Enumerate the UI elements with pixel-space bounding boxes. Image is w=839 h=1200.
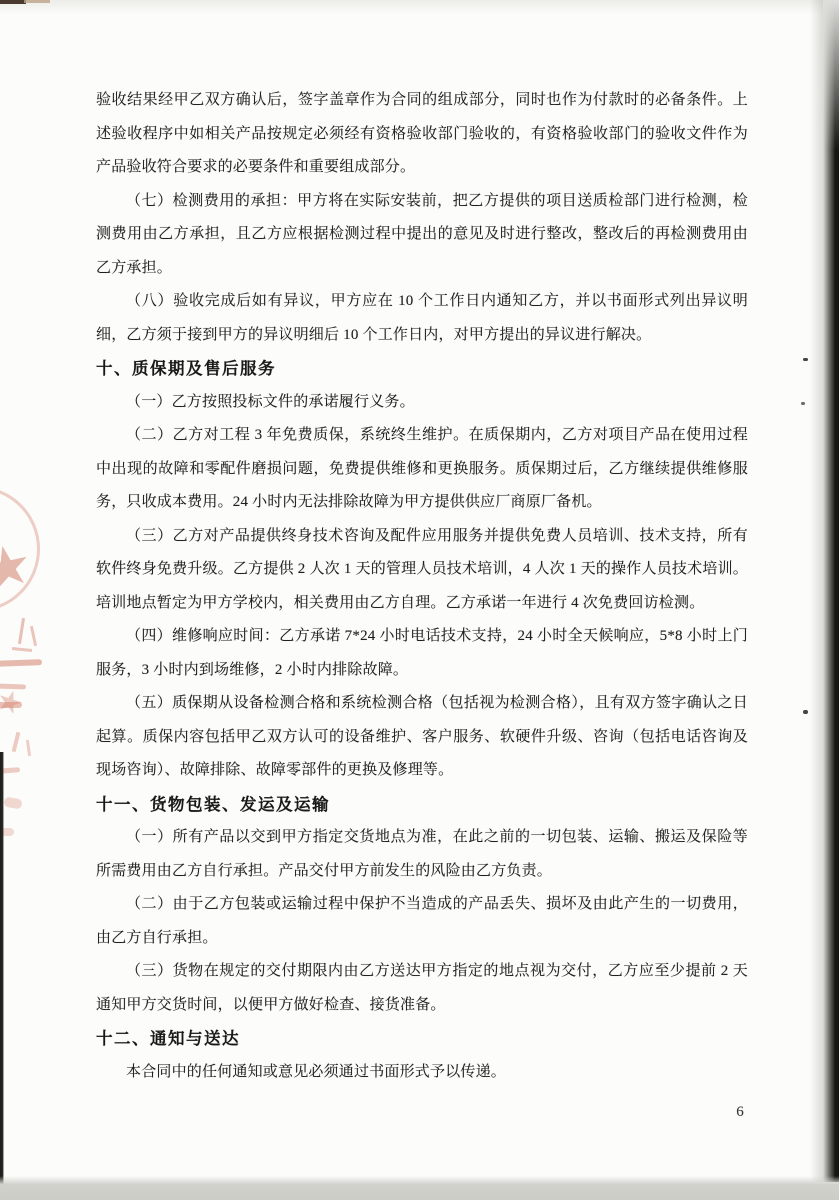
stamp-fragment: [0, 702, 22, 708]
document-body: 验收结果经甲乙双方确认后，签字盖章作为合同的组成部分，同时也作为付款时的必备条件…: [96, 84, 748, 1089]
stamp-arc-fragment: [0, 486, 40, 612]
paragraph: （一）乙方按照投标文件的承诺履行义务。: [96, 386, 748, 420]
scanned-contract-page: 验收结果经甲乙双方确认后，签字盖章作为合同的组成部分，同时也作为付款时的必备条件…: [0, 0, 839, 1200]
red-seal-stamp: ★ ★: [0, 480, 70, 880]
section-heading: 十一、货物包装、发运及运输: [96, 788, 748, 822]
stamp-fragment: [0, 659, 42, 667]
section-heading: 十、质保期及售后服务: [96, 352, 748, 386]
scan-top-shading: [0, 0, 839, 14]
stamp-fragment: [30, 626, 37, 646]
scan-corner-mark: [24, 0, 50, 3]
scan-bottom-shadow: [0, 1176, 839, 1200]
scan-speck: [803, 358, 808, 361]
paragraph: （四）维修响应时间：乙方承诺 7*24 小时电话技术支持，24 小时全天候响应，…: [96, 620, 748, 687]
paragraph: （二）由于乙方包装或运输过程中保护不当造成的产品丢失、损坏及由此产生的一切费用，…: [96, 888, 748, 955]
section-heading: 十二、通知与送达: [96, 1022, 748, 1056]
scan-edge-right: [810, 0, 839, 1182]
stamp-fragment: [18, 618, 25, 644]
paragraph: 验收结果经甲乙双方确认后，签字盖章作为合同的组成部分，同时也作为付款时的必备条件…: [96, 84, 748, 185]
paragraph: （三）货物在规定的交付期限内由乙方送达甲方指定的地点视为交付，乙方应至少提前 2…: [96, 955, 748, 1022]
paragraph: （一）所有产品以交到甲方指定交货地点为准，在此之前的一切包装、运输、搬运及保险等…: [96, 821, 748, 888]
stamp-fragment: [26, 740, 31, 756]
stamp-fragment: [0, 683, 26, 689]
scan-speck: [803, 710, 808, 714]
stamp-star-icon: ★: [0, 535, 37, 600]
paragraph: 本合同中的任何通知或意见必须通过书面形式予以传递。: [96, 1056, 748, 1090]
scan-edge-right-highlight: [823, 0, 839, 150]
paragraph: （五）质保期从设备检测合格和系统检测合格（包括视为检测合格），且有双方签字确认之…: [96, 687, 748, 788]
scan-edge-left: [0, 752, 4, 1200]
scan-corner-mark: [0, 0, 26, 4]
stamp-fragment: [12, 732, 21, 752]
paragraph: （三）乙方对产品提供终身技术咨询及配件应用服务并提供免费人员培训、技术支持，所有…: [96, 520, 748, 621]
paragraph: （二）乙方对工程 3 年免费质保，系统终生维护。在质保期内，乙方对项目产品在使用…: [96, 419, 748, 520]
paragraph: （七）检测费用的承担：甲方将在实际安装前，把乙方提供的项目送质检部门进行检测，检…: [96, 185, 748, 286]
stamp-fragment: [3, 797, 22, 810]
stamp-star-icon: ★: [0, 685, 27, 722]
page-number: 6: [728, 1104, 752, 1121]
paragraph: （八）验收完成后如有异议，甲方应在 10 个工作日内通知乙方，并以书面形式列出异…: [96, 285, 748, 352]
scan-speck: [801, 402, 805, 405]
stamp-fragment: [12, 647, 32, 652]
